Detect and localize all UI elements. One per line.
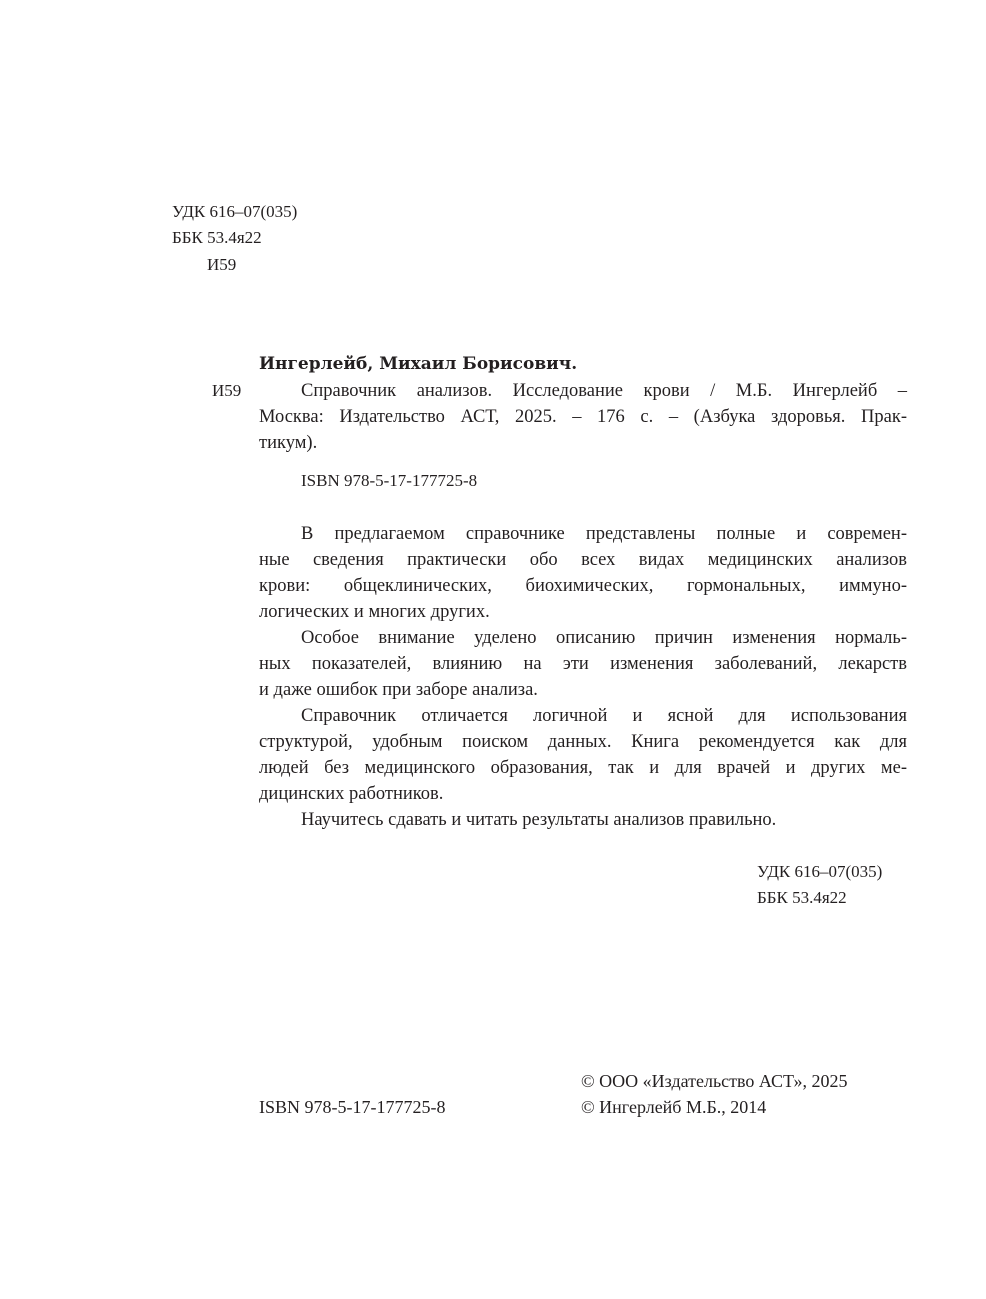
annotation-line: и даже ошибок при заборе анализа. [259,677,907,703]
bibliographic-description: Справочник анализов. Исследование крови … [259,378,907,456]
annotation-paragraph-1: В предлагаемом справочнике представлены … [259,521,907,625]
udk-code: УДК 616–07(035) [172,202,297,222]
annotation-paragraph-3: Справочник отличается логичной и ясной д… [259,703,907,807]
bibliographic-line: Справочник анализов. Исследование крови … [259,378,907,404]
imprint-isbn: ISBN 978-5-17-177725-8 [259,1094,446,1120]
bibliographic-mark: И59 [212,381,241,401]
isbn-record: ISBN 978-5-17-177725-8 [301,471,477,491]
annotation-line: Справочник отличается логичной и ясной д… [259,703,907,729]
copyright-publisher: © ООО «Издательство АСТ», 2025 [581,1068,848,1094]
annotation-line: людей без медицинского образования, так … [259,755,907,781]
annotation-line: ных показателей, влиянию на эти изменени… [259,651,907,677]
footer-bbk-code: ББК 53.4я22 [757,888,847,908]
annotation-paragraph-4: Научитесь сдавать и читать результаты ан… [259,807,907,833]
annotation-line: Особое внимание уделено описанию причин … [259,625,907,651]
bibliographic-line: Москва: Издательство АСТ, 2025. – 176 с.… [259,404,907,430]
annotation-line: ные сведения практически обо всех видах … [259,547,907,573]
annotation: В предлагаемом справочнике представлены … [259,521,907,833]
author-mark: И59 [207,255,236,275]
bbk-code: ББК 53.4я22 [172,228,262,248]
annotation-line: логических и многих других. [259,599,907,625]
annotation-line: крови: общеклинических, биохимических, г… [259,573,907,599]
annotation-line: дицинских работников. [259,781,907,807]
footer-udk-code: УДК 616–07(035) [757,862,882,882]
annotation-line: В предлагаемом справочнике представлены … [259,521,907,547]
copyright-author: © Ингерлейб М.Б., 2014 [581,1094,766,1120]
annotation-line: структурой, удобным поиском данных. Книг… [259,729,907,755]
annotation-paragraph-2: Особое внимание уделено описанию причин … [259,625,907,703]
annotation-line: Научитесь сдавать и читать результаты ан… [259,807,907,833]
bibliographic-line: тикум). [259,430,907,456]
author-name: Ингерлейб, Михаил Борисович. [259,354,577,374]
